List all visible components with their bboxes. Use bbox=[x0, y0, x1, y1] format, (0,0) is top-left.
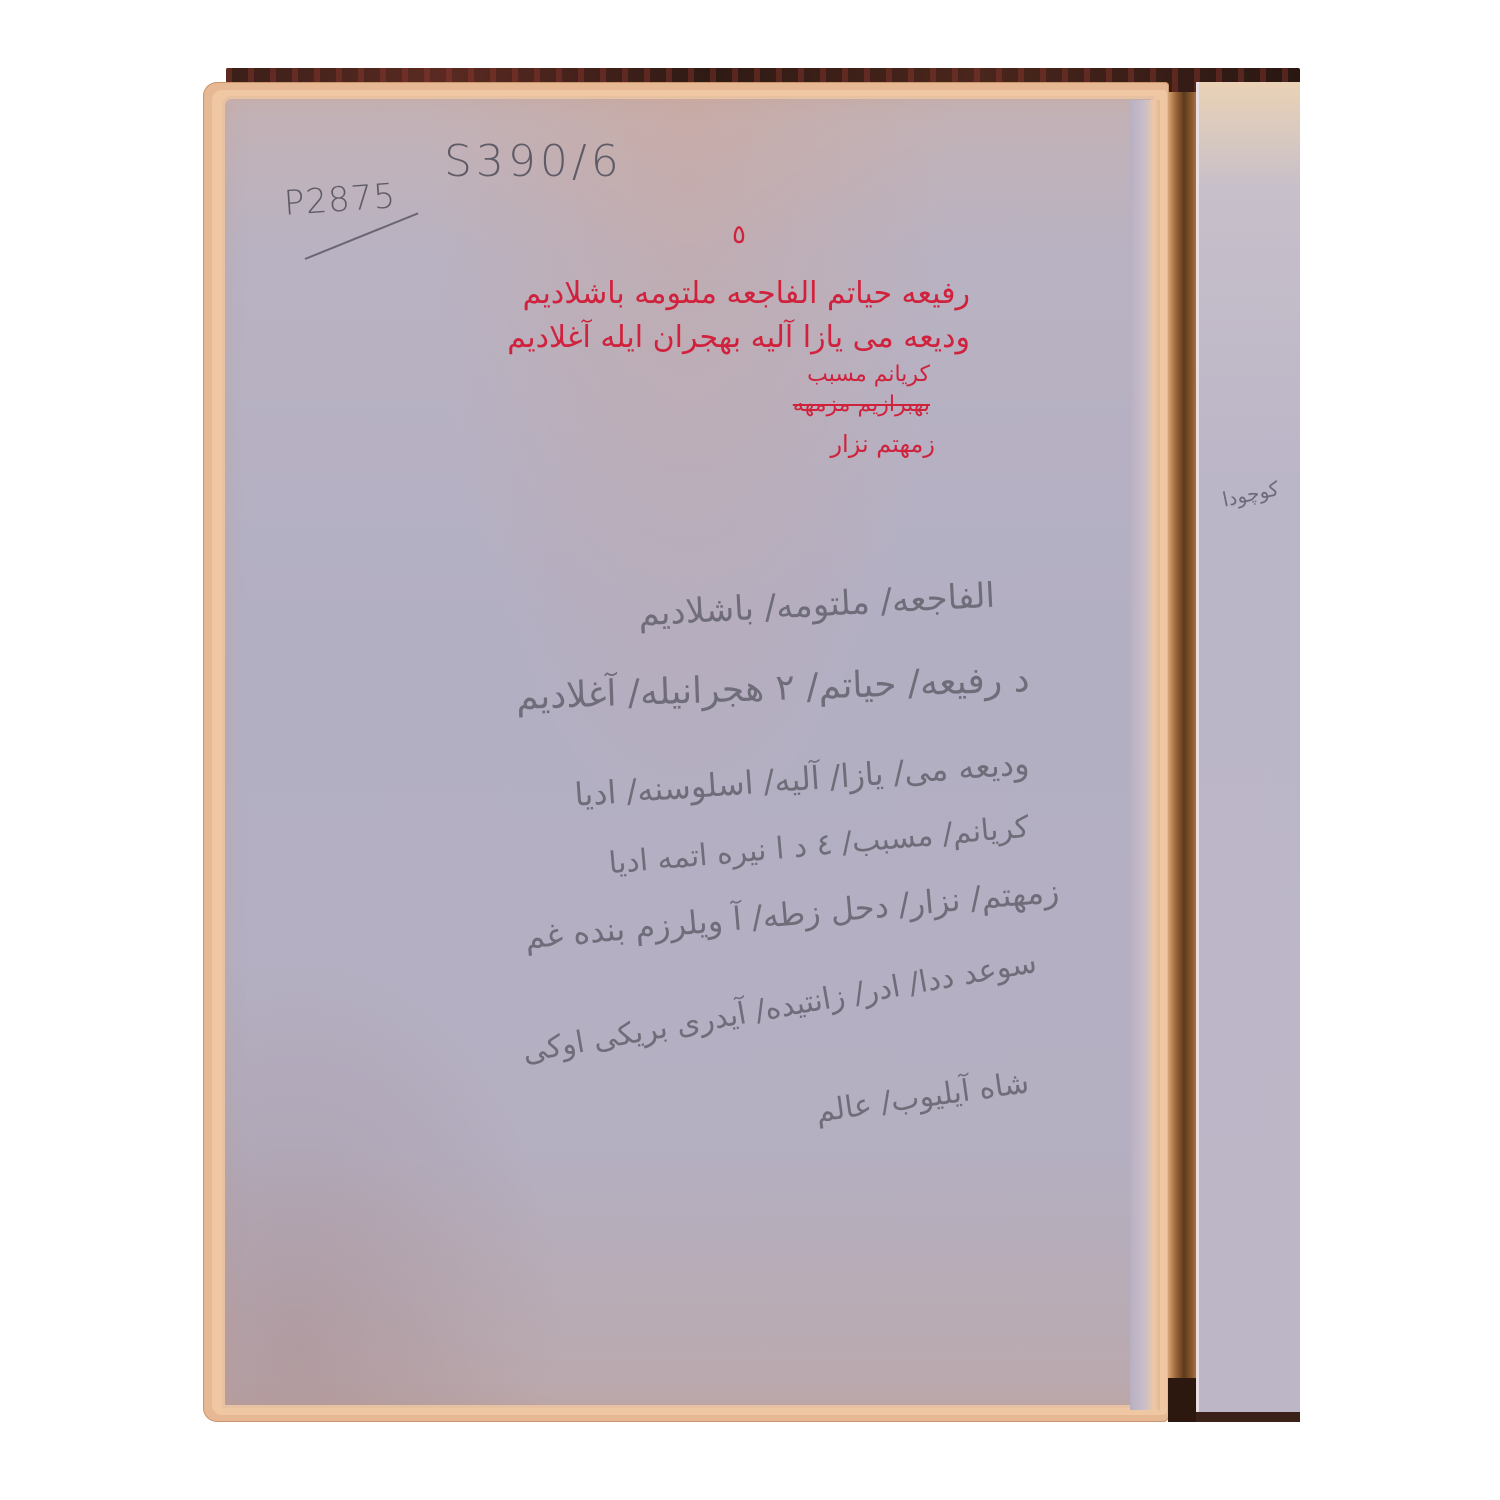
left-page-torn-edge bbox=[1130, 100, 1160, 1410]
right-page bbox=[1196, 82, 1300, 1422]
shelf-number: S390/6 bbox=[444, 136, 623, 187]
red-ink-line: زمهتم نزار bbox=[830, 430, 935, 458]
red-ink-line-struck: بهبرازیم مزمهه bbox=[793, 392, 930, 417]
red-ink-line: کریانم مسبب bbox=[807, 362, 930, 387]
inventory-number: P2875 bbox=[283, 176, 398, 224]
red-ink-mark: ٥ bbox=[732, 220, 746, 250]
red-ink-line: رفیعه حیاتم الفاجعه ملتومه باشلادیم bbox=[523, 276, 970, 311]
red-ink-line: ودیعه می یازا آلیه بهجران ایله آغلادیم bbox=[507, 320, 970, 355]
right-page-bottom-edge bbox=[1196, 1412, 1300, 1422]
